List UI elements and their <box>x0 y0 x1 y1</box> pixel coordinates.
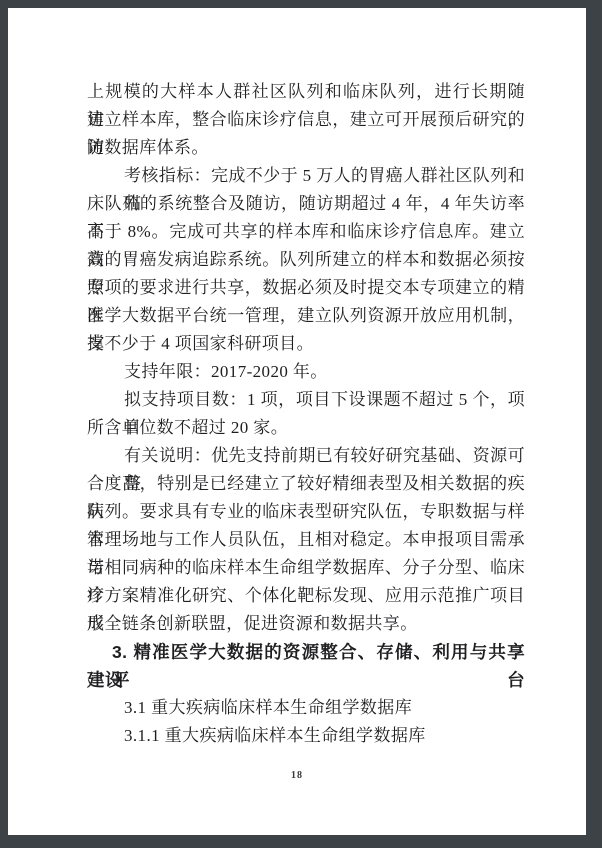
text-line: 考核指标：完成不少于 5 万人的胃癌人群社区队列和临 <box>87 162 525 190</box>
page-number: 18 <box>8 770 586 781</box>
text-line: 3.1 重大疾病临床样本生命组学数据库 <box>87 694 525 722</box>
text-line: 成全链条创新联盟，促进资源和数据共享。 <box>87 610 525 638</box>
text-line: 有关说明：优先支持前期已有较好研究基础、资源可整 <box>87 442 525 470</box>
text-line: 所含单位数不超过 20 家。 <box>87 414 525 442</box>
text-line: 合度高，特别是已经建立了较好精细表型及相关数据的疾病 <box>87 470 525 498</box>
text-line: 3. 精准医学大数据的资源整合、存储、利用与共享平台 <box>87 638 525 666</box>
text-line: 建立样本库，整合临床诊疗信息，建立可开展预后研究的随 <box>87 106 525 134</box>
text-line: 床队列的系统整合及随访，随访期超过 4 年，4 年失访率不 <box>87 190 525 218</box>
document-page: 上规模的大样本人群社区队列和临床队列，进行长期随访，建立样本库，整合临床诊疗信息… <box>8 8 586 835</box>
text-line: 访数据库体系。 <box>87 134 525 162</box>
text-line: 医学大数据平台统一管理，建立队列资源开放应用机制，支 <box>87 302 525 330</box>
text-line: 专项的要求进行共享，数据必须及时提交本专项建立的精准 <box>87 274 525 302</box>
text-line: 高于 8%。完成可共享的样本库和临床诊疗信息库。建立高 <box>87 218 525 246</box>
text-line: 上规模的大样本人群社区队列和临床队列，进行长期随访， <box>87 78 525 106</box>
text-line: 效的胃癌发病追踪系统。队列所建立的样本和数据必须按照 <box>87 246 525 274</box>
text-line: 3.1.1 重大疾病临床样本生命组学数据库 <box>87 722 525 750</box>
text-line: 撑不少于 4 项国家科研项目。 <box>87 330 525 358</box>
text-line: 支持年限：2017-2020 年。 <box>87 358 525 386</box>
text-line: 与相同病种的临床样本生命组学数据库、分子分型、临床诊 <box>87 554 525 582</box>
text-column: 上规模的大样本人群社区队列和临床队列，进行长期随访，建立样本库，整合临床诊疗信息… <box>87 78 525 750</box>
text-line: 疗方案精准化研究、个体化靶标发现、应用示范推广项目形 <box>87 582 525 610</box>
text-line: 拟支持项目数：1 项，项目下设课题不超过 5 个，项目 <box>87 386 525 414</box>
text-line: 管理场地与工作人员队伍，且相对稳定。本申报项目需承诺 <box>87 526 525 554</box>
text-line: 队列。要求具有专业的临床表型研究队伍，专职数据与样本 <box>87 498 525 526</box>
